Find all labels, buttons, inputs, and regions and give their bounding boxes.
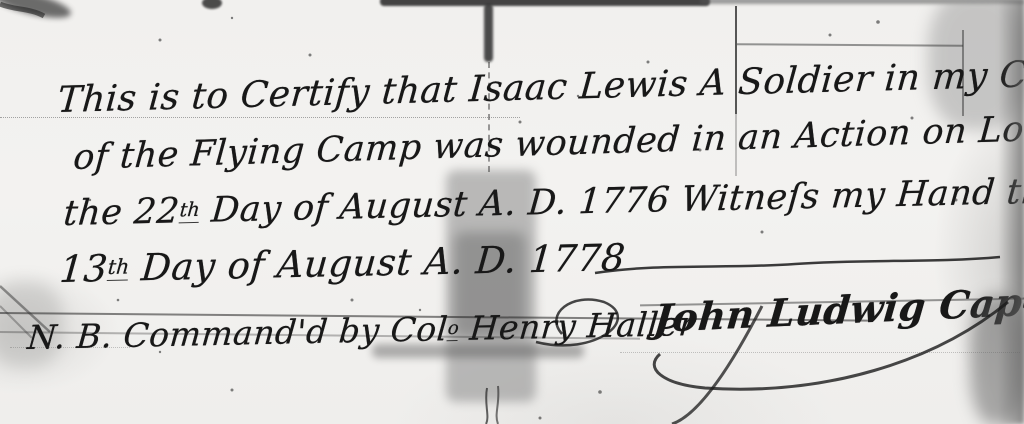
certificate-line-4: 13th Day of August A. D. 1778 — [58, 236, 627, 291]
fold-line-horizontal-top-right — [737, 43, 963, 47]
certificate-line-3: the 22th Day of August A. D. 1776 Witneſ… — [62, 171, 1024, 234]
stain-top-left-corner — [0, 0, 73, 23]
stain-top-fold-streak — [484, 4, 493, 62]
nota-bene-line: N. B. Command'd by Colo Henry Haller — [26, 304, 697, 357]
crease-tail-1 — [486, 388, 487, 424]
line-3-superscript: th — [179, 197, 201, 223]
flourish-dash-after-1778 — [595, 257, 1000, 273]
fold-line-dotted-bottom-right — [620, 352, 1020, 353]
line-4-text: 13 — [58, 247, 110, 291]
crease-tail-2 — [497, 386, 499, 424]
document-scan: This is to Certify that Isaac Lewis A So… — [0, 0, 1024, 424]
line-3-text: the 22 — [62, 191, 181, 234]
note-text: N. B. Command'd by Col — [26, 309, 450, 357]
line-3-text-end: Day of August A. D. 1776 Witneſs my Hand… — [198, 171, 1024, 231]
stain-top-blob — [202, 0, 222, 9]
signature-text: John Ludwig Cap — [652, 279, 1024, 341]
stain-top-left-squiggle — [0, 4, 44, 16]
stain-top-edge-right — [700, 0, 1024, 4]
line-4-superscript: th — [107, 255, 130, 281]
signature: John Ludwig Capt — [652, 279, 1024, 341]
certificate-line-1: This is to Certify that Isaac Lewis A So… — [56, 52, 1024, 121]
line-1-text: This is to Certify that Isaac Lewis A So… — [56, 52, 1024, 121]
line-4-text-end: Day of August A. D. 1778 — [127, 236, 627, 289]
stain-top-edge — [380, 0, 710, 6]
